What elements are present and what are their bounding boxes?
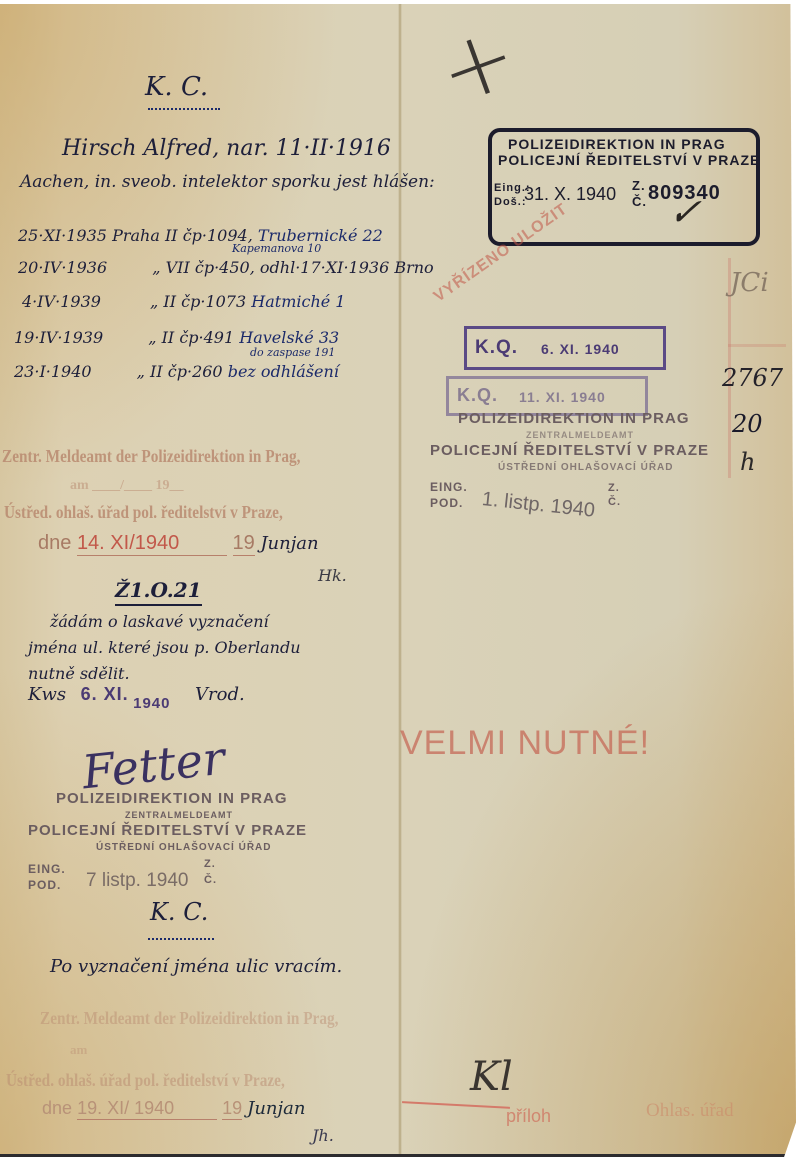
entry-date: 4·IV·1939 <box>22 292 101 311</box>
request-line: jména ul. které jsou p. Oberlandu <box>28 638 301 657</box>
entry-cp: čp·1073 <box>181 292 246 311</box>
urgent-stamp: VELMI NUTNÉ! <box>400 724 650 763</box>
header-underline <box>148 102 220 110</box>
stamp-line: ÚSTŘEDNÍ OHLAŠOVACÍ ÚŘAD <box>498 462 673 473</box>
list-item: 19·IV·1939 „ II čp·491 Havelské 33 <box>14 328 339 347</box>
kws-prefix: Kws <box>28 684 66 705</box>
entry-date: 19·IV·1939 <box>14 328 103 347</box>
footer-underline <box>148 932 214 940</box>
stamp-pod: POD. <box>430 496 463 510</box>
request-line: žádám o laskavé vyznačení <box>50 612 269 631</box>
entry-date: 20·IV·1936 <box>18 258 107 277</box>
stamp-line: POLICEJNÍ ŘEDITELSTVÍ V PRAZE <box>498 152 760 168</box>
stamp-date: 31. X. 1940 <box>524 184 616 205</box>
kws-date: 6. XI. <box>81 684 129 704</box>
list-item: 4·IV·1939 „ II čp·1073 Hatmiché 1 <box>22 292 345 311</box>
stamp-line: POLIZEIDIREKTION IN PRAG <box>56 790 288 807</box>
signature: Junjan <box>247 1098 305 1119</box>
header-initials: K. C. <box>145 72 208 102</box>
stamp-line: ZENTRALMELDEAMT <box>125 810 233 820</box>
stamp-line: ÚSTŘEDNÍ OHLAŠOVACÍ ÚŘAD <box>96 842 271 853</box>
entry-note: odhl·17·XI·1936 Brno <box>260 258 434 277</box>
request-line: nutně sdělit. <box>28 664 130 683</box>
entry-street-above: Kapemanova 10 <box>232 242 321 255</box>
stamp-date-row: dne 19. XI/ 1940 19 Junjan <box>42 1098 305 1120</box>
stamp-line: POLICEJNÍ ŘEDITELSTVÍ V PRAZE <box>430 442 709 459</box>
kq-date: 6. XI. 1940 <box>541 341 620 357</box>
bottom-initials: Kl <box>470 1054 513 1100</box>
kws-year: 1940 <box>133 695 170 712</box>
entry-cp: čp·260 <box>168 362 223 381</box>
year-suffix: 19 <box>233 532 255 556</box>
stamp-line: Zentr. Meldeamt der Polizeidirektion in … <box>40 1008 338 1029</box>
stamp-c: Č. <box>608 496 621 508</box>
entry-date: 23·I·1940 <box>14 362 92 381</box>
date-value: 14. XI/1940 <box>77 532 227 556</box>
list-item: 25·XI·1935 Praha II čp·1094, Trubernické… <box>18 226 383 245</box>
footer-text: Po vyznačení jména ulic vracím. <box>50 956 342 977</box>
priloh-stamp: příloh <box>506 1106 551 1127</box>
request-header: Ž1.O.21 <box>115 578 202 606</box>
margin-note: 2767 <box>722 364 783 392</box>
stamp-date: 7 listp. 1940 <box>86 870 188 892</box>
stamp-line: am <box>70 1042 87 1058</box>
entry-district: „ II <box>150 292 176 311</box>
name-line: Hirsch Alfred, nar. 11·II·1916 <box>62 136 391 161</box>
margin-note: JCi <box>730 268 769 298</box>
margin-rule <box>728 344 786 347</box>
entry-date: 25·XI·1935 <box>18 226 107 245</box>
stamp-line: Ústřed. ohlaš. úřad pol. ředitelství v P… <box>4 502 283 523</box>
footer-initials: K. C. <box>150 898 208 926</box>
entry-district: Praha II <box>112 226 178 245</box>
stamp-z: Z. <box>608 482 620 494</box>
stamp-line: POLICEJNÍ ŘEDITELSTVÍ V PRAZE <box>28 822 307 839</box>
kq-label: K.Q. <box>457 385 498 406</box>
list-item: 23·I·1940 „ II čp·260 bez odhlášení <box>14 362 339 381</box>
entry-district: „ II <box>148 328 174 347</box>
entry-street: bez odhlášení <box>228 362 339 381</box>
entry-district: „ VII <box>152 258 190 277</box>
kws-suffix: Vrod. <box>195 684 245 705</box>
stamp-line: am ____/____ 19__ <box>70 478 184 494</box>
stamp-line: POLIZEIDIREKTION IN PRAG <box>458 410 690 427</box>
kq-stamp-1: K.Q. 6. XI. 1940 <box>464 326 666 370</box>
stamp-c: Č. <box>204 874 217 886</box>
entry-street: Havelské 33 <box>239 328 339 347</box>
stamp-z: Z. <box>204 858 216 870</box>
entry-district: „ II <box>137 362 163 381</box>
entry-cp: čp·491 <box>179 328 234 347</box>
origin-line: Aachen, in. sveob. intelektor sporku jes… <box>20 172 435 192</box>
date-label: dne <box>38 532 71 554</box>
kws-line: Kws 6. XI. 1940 Vrod. <box>28 684 245 705</box>
initials: Hk. <box>318 566 347 585</box>
ohlas-stamp: Ohlas. úřad <box>646 1100 734 1122</box>
stamp-eing: EING. <box>28 862 66 876</box>
kq-label: K.Q. <box>475 337 518 359</box>
entry-cp: čp·450, <box>195 258 255 277</box>
margin-note: h <box>740 448 755 476</box>
list-item: 20·IV·1936 „ VII čp·450, odhl·17·XI·1936… <box>18 258 434 277</box>
stamp-dos: Doš.: <box>494 196 527 208</box>
stamp-c: Č. <box>632 194 647 209</box>
stamp-line: Ústřed. ohlaš. úřad pol. ředitelství v P… <box>6 1070 285 1091</box>
date-value: 19. XI/ 1940 <box>77 1098 217 1120</box>
date-label: dne <box>42 1098 72 1118</box>
kq-date: 11. XI. 1940 <box>519 389 606 405</box>
entry-note-above: do zaspase 191 <box>250 346 335 359</box>
stamp-line: Zentr. Meldeamt der Polizeidirektion in … <box>2 446 300 467</box>
stamp-z: Z. <box>632 178 646 193</box>
stamp-pod: POD. <box>28 878 61 892</box>
initials: Jh. <box>312 1126 334 1145</box>
stamp-date-row: dne 14. XI/1940 19 Junjan <box>38 532 319 556</box>
stamp-line: ZENTRALMELDEAMT <box>526 430 634 440</box>
signature: Junjan <box>260 533 318 554</box>
entry-street: Hatmiché 1 <box>251 292 345 311</box>
stamp-eing: EING. <box>430 480 468 494</box>
stamp-line: POLIZEIDIREKTION IN PRAG <box>508 136 726 152</box>
year-suffix: 19 <box>222 1098 242 1120</box>
margin-note: 20 <box>732 410 763 438</box>
